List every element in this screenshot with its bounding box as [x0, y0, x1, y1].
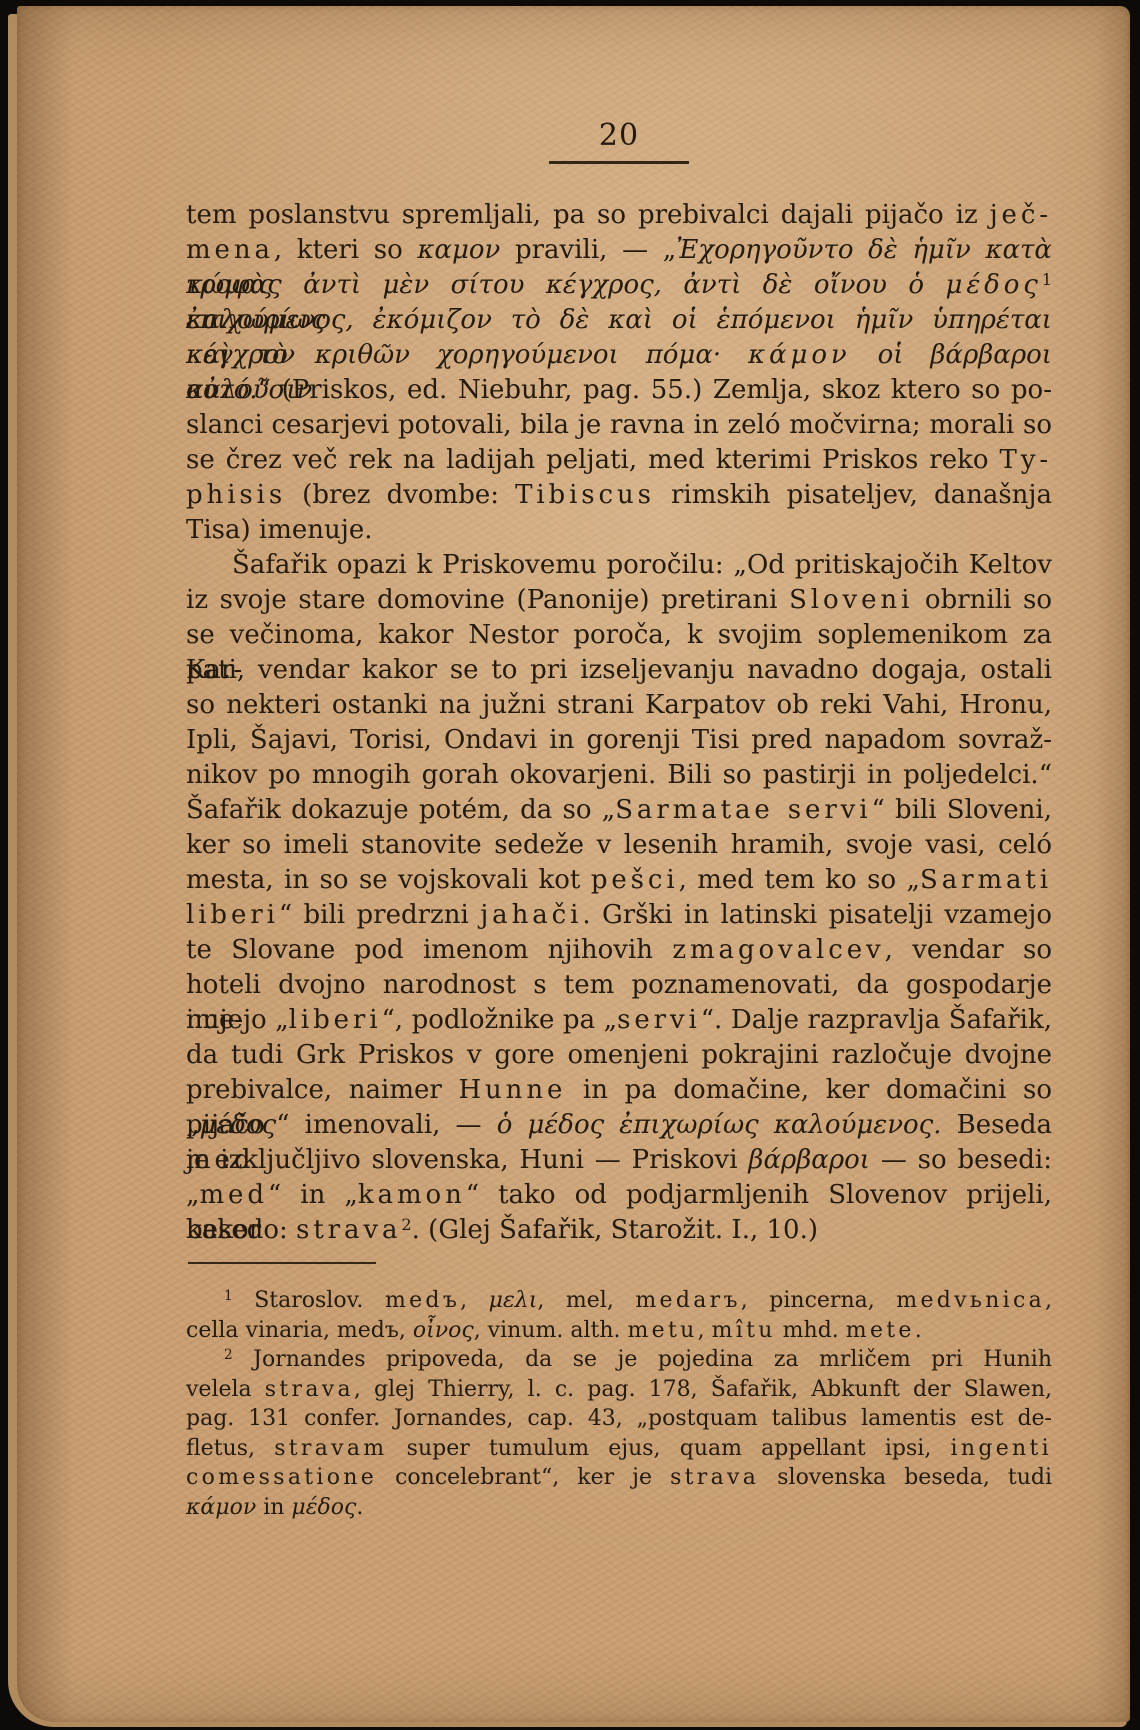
- greek-text: μέδος: [199, 1110, 276, 1140]
- text-segment: ,: [698, 1318, 712, 1343]
- text-segment: se črez več rek na ladijah peljati, med …: [186, 445, 999, 475]
- text-segment: Ipli, Šajavi, Torisi, Ondavi in gorenji …: [186, 725, 1052, 755]
- spaced-emphasis-text: stravam: [274, 1436, 387, 1461]
- text-segment: Jornandes pripoveda, da se je pojedina z…: [233, 1347, 1052, 1372]
- text-line: liberi“ bili predrzni jahači. Grški in l…: [186, 898, 1052, 933]
- text-segment: Šafařik dokazuje potém, da so „: [186, 795, 615, 825]
- text-line: κάμον in μέδος.: [186, 1493, 1052, 1523]
- text-segment: besedo:: [186, 1215, 296, 1245]
- page-number: 20: [595, 118, 643, 159]
- superscript-footnote-ref: 1: [224, 1288, 233, 1304]
- text-segment: in: [256, 1495, 291, 1520]
- text-line: „med“ in „kamon“ tako od podjarmljenih S…: [186, 1178, 1052, 1213]
- text-segment: „: [186, 1110, 199, 1140]
- text-line: 1 Staroslov. medъ, μελι, mel, medarъ, pi…: [186, 1286, 1052, 1316]
- spaced-emphasis-text: pešci: [591, 865, 679, 895]
- text-segment: , vendar so: [885, 935, 1052, 965]
- text-line: fletus, stravam super tumulum ejus, quam…: [186, 1434, 1052, 1464]
- spaced-emphasis-text: mena: [186, 235, 274, 265]
- spaced-emphasis-text: liberi: [289, 1005, 382, 1035]
- spaced-emphasis-text: strava: [296, 1215, 401, 1245]
- text-segment: obrnili so: [913, 585, 1052, 615]
- text-segment: nikov po mnogih gorah okovarjeni. Bili s…: [186, 760, 1052, 790]
- text-line: nikov po mnogih gorah okovarjeni. Bili s…: [186, 758, 1052, 793]
- spaced-emphasis-text: comessatione: [186, 1465, 377, 1490]
- text-segment: mesta, in so se vojskovali kot: [186, 865, 591, 895]
- text-segment: “ imenovali, —: [276, 1110, 496, 1140]
- spaced-emphasis-text: ingenti: [951, 1436, 1052, 1461]
- spaced-emphasis-text: Sloveni: [789, 585, 913, 615]
- superscript-footnote-ref: 1: [1042, 270, 1052, 289]
- text-segment: tem poslanstvu spremljali, pa so prebiva…: [186, 200, 990, 230]
- text-line: „μέδος“ imenovali, — ὁ μέδος ἐπιχωρίως κ…: [186, 1108, 1052, 1143]
- text-line: te Slovane pod imenom njihovih zmagovalc…: [186, 933, 1052, 968]
- spaced-emphasis-text: kamon: [358, 1180, 466, 1210]
- text-line: Ipli, Šajavi, Torisi, Ondavi in gorenji …: [186, 723, 1052, 758]
- text-segment: Šafařik opazi k Priskovemu poročilu: „Od…: [232, 550, 1052, 580]
- text-segment: nujejo „: [186, 1005, 289, 1035]
- book-page: 20 tem poslanstvu spremljali, pa so preb…: [17, 6, 1130, 1722]
- text-line: Šafařik dokazuje potém, da so „Sarmatae …: [186, 793, 1052, 828]
- text-segment: te Slovane pod imenom njihovih: [186, 935, 672, 965]
- spaced-emphasis-text: ječ-: [990, 200, 1052, 230]
- text-line: slanci cesarjevi potovali, bila je ravna…: [186, 408, 1052, 443]
- page-number-rule: [549, 161, 689, 164]
- text-line: velela strava, glej Thierry, l. c. pag. …: [186, 1375, 1052, 1405]
- spaced-emphasis-text: Sarmatae servi: [615, 795, 871, 825]
- text-segment: pag. 131 confer. Jornandes, cap. 43, „po…: [186, 1406, 1052, 1431]
- footnote-separator-rule: [188, 1262, 376, 1264]
- text-line: hoteli dvojno narodnost s tem poznamenov…: [186, 968, 1052, 1003]
- text-line: ker so imeli stanovite sedeže v lesenih …: [186, 828, 1052, 863]
- spaced-emphasis-text: servi: [617, 1005, 701, 1035]
- greek-text: οἶνος: [413, 1318, 474, 1343]
- text-line: je izključljivo slovenska, Huni — Prisko…: [186, 1143, 1052, 1178]
- spaced-emphasis-text: strava: [670, 1465, 759, 1490]
- spaced-emphasis-text: medъ: [385, 1288, 460, 1313]
- text-line: τροφὰς ἀντὶ μὲν σίτου κέγχρος, ἀντὶ δὲ ο…: [186, 268, 1052, 303]
- text-line: mesta, in so se vojskovali kot pešci, me…: [186, 863, 1052, 898]
- greek-text: αὐτό.: [186, 375, 258, 405]
- spaced-emphasis-text: mîtu: [712, 1318, 776, 1343]
- text-segment: , kteri so: [274, 235, 417, 265]
- spaced-emphasis-text: phisis: [186, 480, 286, 510]
- text-segment: Beseda: [942, 1110, 1052, 1140]
- spaced-emphasis-text: Ty-: [999, 445, 1052, 475]
- text-segment: . (Glej Šafařik, Starožit. I., 10.): [412, 1215, 818, 1245]
- text-line: pag. 131 confer. Jornandes, cap. 43, „po…: [186, 1404, 1052, 1434]
- spaced-emphasis-text: med: [199, 1180, 267, 1210]
- text-segment: cella vinaria, medъ,: [186, 1318, 413, 1343]
- text-segment: Staroslov.: [233, 1288, 385, 1313]
- text-segment: super tumulum ejus, quam appellant ipsi,: [387, 1436, 950, 1461]
- spaced-emphasis-text: medvьnica: [896, 1288, 1045, 1313]
- text-line: αὐτό.“ (Priskos, ed. Niebuhr, pag. 55.) …: [186, 373, 1052, 408]
- text-segment: , vinum. alth.: [474, 1318, 628, 1343]
- text-segment: “ in „: [268, 1180, 358, 1210]
- text-segment: ,: [1045, 1288, 1052, 1313]
- spaced-emphasis-text: metu: [627, 1318, 697, 1343]
- text-line: besedo: strava2. (Glej Šafařik, Starožit…: [186, 1213, 1052, 1248]
- spaced-emphasis-text: medarъ: [635, 1288, 740, 1313]
- greek-spaced-text: μέδος: [946, 270, 1042, 300]
- text-line: se črez več rek na ladijah peljati, med …: [186, 443, 1052, 478]
- text-line: da tudi Grk Priskos v gore omenjeni pokr…: [186, 1038, 1052, 1073]
- scanned-book-page: { "page_number": "20", "colors": { "pape…: [0, 0, 1140, 1730]
- text-line: iz svoje stare domovine (Panonije) preti…: [186, 583, 1052, 618]
- text-line: nujejo „liberi“, podložnike pa „servi“. …: [186, 1003, 1052, 1038]
- spaced-emphasis-text: zmagovalcev: [672, 935, 884, 965]
- spaced-emphasis-text: Hunne: [458, 1075, 566, 1105]
- text-segment: Tisa) imenuje.: [186, 515, 372, 545]
- text-segment: ker so imeli stanovite sedeže v lesenih …: [186, 830, 1052, 860]
- text-segment: , glej Thierry, l. c. pag. 178, Šafařik,…: [354, 1377, 1052, 1402]
- text-segment: pati, vendar kakor se to pri izseljevanj…: [186, 655, 1052, 685]
- text-segment: , pincerna,: [741, 1288, 897, 1313]
- text-segment: . Grški in latinski pisatelji vzamejo: [582, 900, 1052, 930]
- page-header: 20: [186, 118, 1052, 164]
- text-line: pati, vendar kakor se to pri izseljevanj…: [186, 653, 1052, 688]
- text-line: comessatione concelebrant“, ker je strav…: [186, 1463, 1052, 1493]
- text-line: Tisa) imenuje.: [186, 513, 1052, 548]
- text-segment: “ bili predrzni: [279, 900, 480, 930]
- text-segment: slovenska beseda, tudi: [759, 1465, 1052, 1490]
- text-segment: mhd.: [776, 1318, 846, 1343]
- text-segment: iz svoje stare domovine (Panonije) preti…: [186, 585, 789, 615]
- footnotes-block: 1 Staroslov. medъ, μελι, mel, medarъ, pi…: [186, 1286, 1052, 1522]
- spaced-emphasis-text: strava: [265, 1377, 354, 1402]
- text-segment: „: [186, 1180, 199, 1210]
- text-segment: “, podložnike pa „: [381, 1005, 617, 1035]
- text-segment: ,: [460, 1288, 489, 1313]
- greek-text: ὁ μέδος ἐπιχωρίως καλούμενος.: [497, 1110, 942, 1140]
- text-segment: “ (Priskos, ed. Niebuhr, pag. 55.) Zemlj…: [258, 375, 1052, 405]
- text-line: 2 Jornandes pripoveda, da se je pojedina…: [186, 1345, 1052, 1375]
- text-line: cella vinaria, medъ, οἶνος, vinum. alth.…: [186, 1316, 1052, 1346]
- greek-text: τροφὰς ἀντὶ μὲν σίτου κέγχρος, ἀντὶ δὲ ο…: [186, 270, 946, 300]
- text-line: prebivalce, naimer Hunne in pa domačine,…: [186, 1073, 1052, 1108]
- text-segment: .: [915, 1318, 922, 1343]
- text-segment: so nekteri ostanki na južni strani Karpa…: [186, 690, 1052, 720]
- spaced-emphasis-text: Sarmati: [920, 865, 1052, 895]
- greek-text: καμον: [417, 235, 500, 265]
- text-segment: pravili, — „: [500, 235, 676, 265]
- text-segment: fletus,: [186, 1436, 274, 1461]
- greek-text: βάρβαροι: [748, 1145, 870, 1175]
- greek-text: καὶ τὸ κριθῶν χορηγούμενοι πόμα·: [186, 340, 748, 370]
- text-segment: (brez dvombe:: [286, 480, 515, 510]
- text-segment: rimskih pisateljev, današnja: [655, 480, 1052, 510]
- text-line: mena, kteri so καμον pravili, — „Ἐχορηγο…: [186, 233, 1052, 268]
- greek-text: μελι: [489, 1288, 538, 1313]
- text-segment: , mel,: [537, 1288, 635, 1313]
- text-line: phisis (brez dvombe: Tibiscus rimskih pi…: [186, 478, 1052, 513]
- text-line: Šafařik opazi k Priskovemu poročilu: „Od…: [186, 548, 1052, 583]
- superscript-footnote-ref: 2: [224, 1347, 233, 1363]
- text-line: καὶ τὸ κριθῶν χορηγούμενοι πόμα· κάμον ο…: [186, 338, 1052, 373]
- greek-spaced-text: κάμον: [748, 340, 850, 370]
- greek-text: κάμον: [186, 1495, 256, 1520]
- text-segment: je izključljivo slovenska, Huni — Prisko…: [186, 1145, 748, 1175]
- spaced-emphasis-text: Tibiscus: [515, 480, 655, 510]
- text-line: se večinoma, kakor Nestor poroča, k svoj…: [186, 618, 1052, 653]
- greek-text: μέδος: [291, 1495, 356, 1520]
- text-line: tem poslanstvu spremljali, pa so prebiva…: [186, 198, 1052, 233]
- spaced-emphasis-text: jahači: [480, 900, 582, 930]
- text-segment: concelebrant“, ker je: [377, 1465, 670, 1490]
- superscript-footnote-ref: 2: [401, 1215, 411, 1234]
- text-segment: velela: [186, 1377, 265, 1402]
- text-line: καλούμενος, ἐκόμιζον τὸ δὲ καὶ οἱ ἑπόμεν…: [186, 303, 1052, 338]
- spaced-emphasis-text: liberi: [186, 900, 279, 930]
- main-text-block: tem poslanstvu spremljali, pa so prebiva…: [186, 198, 1052, 1248]
- text-segment: slanci cesarjevi potovali, bila je ravna…: [186, 410, 1052, 440]
- text-segment: .: [356, 1495, 363, 1520]
- spaced-emphasis-text: mete: [846, 1318, 915, 1343]
- text-segment: — so besedi:: [870, 1145, 1052, 1175]
- text-segment: da tudi Grk Priskos v gore omenjeni pokr…: [186, 1040, 1052, 1070]
- text-segment: “. Dalje razpravlja Šafařik,: [701, 1005, 1052, 1035]
- text-segment: , med tem ko so „: [679, 865, 920, 895]
- text-segment: prebivalce, naimer: [186, 1075, 458, 1105]
- text-line: so nekteri ostanki na južni strani Karpa…: [186, 688, 1052, 723]
- text-segment: “ bili Sloveni,: [871, 795, 1052, 825]
